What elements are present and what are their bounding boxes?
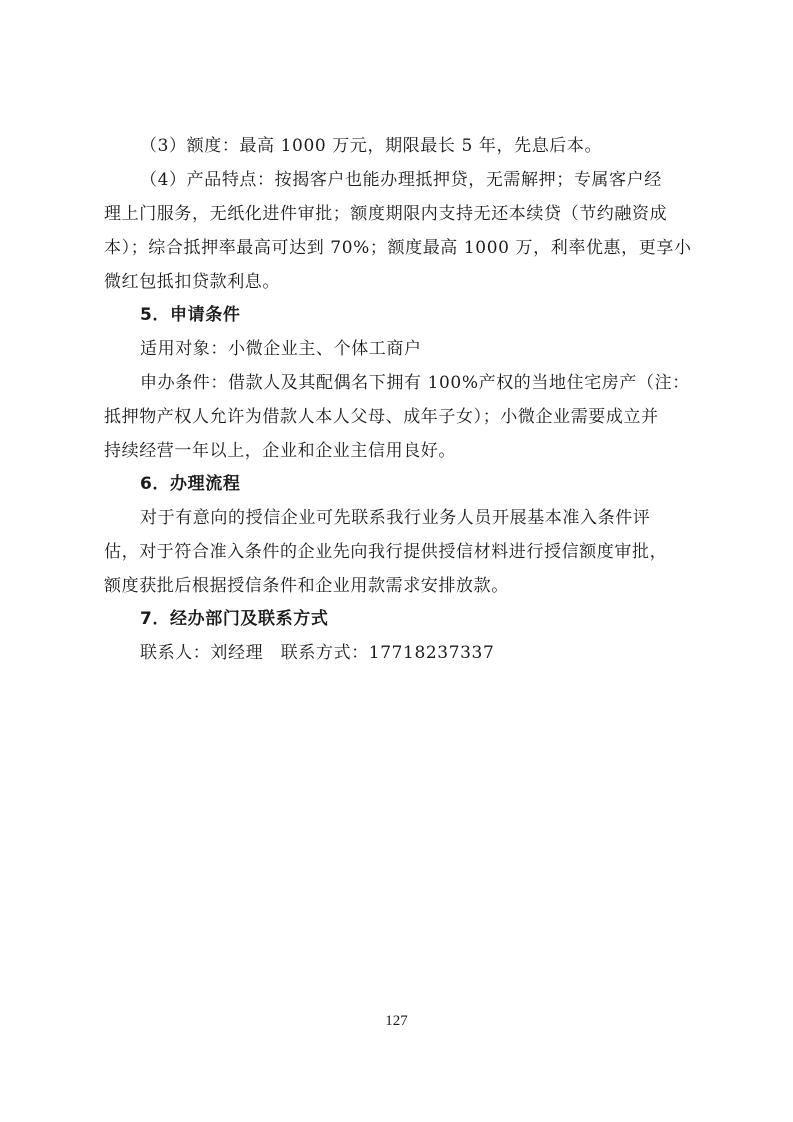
section-5-target-audience: 适用对象：小微企业主、个体工商户 [140, 339, 740, 359]
section-5-conditions-line-1: 申办条件：借款人及其配偶名下拥有 100%产权的当地住宅房产（注： [140, 373, 740, 393]
item-3-line-1: （3）额度：最高 1000 万元，期限最长 5 年，先息后本。 [140, 136, 740, 156]
section-6-process-line-2: 估，对于符合准入条件的企业先向我行提供授信材料进行授信额度审批， [104, 542, 704, 562]
page-number: 127 [0, 1013, 793, 1030]
item-4-line-4: 微红包抵扣贷款利息。 [104, 272, 704, 292]
section-5-conditions-line-3: 持续经营一年以上，企业和企业主信用良好。 [104, 441, 704, 461]
item-4-line-1: （4）产品特点：按揭客户也能办理抵押贷，无需解押；专属客户经 [140, 170, 740, 190]
item-4-line-3: 本）；综合抵押率最高可达到 70%；额度最高 1000 万，利率优惠，更享小 [104, 238, 704, 258]
section-7-heading: 7．经办部门及联系方式 [140, 609, 740, 629]
section-7-contact: 联系人：刘经理 联系方式：17718237337 [140, 643, 740, 663]
document-page: （3）额度：最高 1000 万元，期限最长 5 年，先息后本。 （4）产品特点：… [0, 0, 793, 1122]
section-6-process-line-3: 额度获批后根据授信条件和企业用款需求安排放款。 [104, 576, 704, 596]
section-5-heading: 5．申请条件 [140, 305, 740, 325]
section-6-process-line-1: 对于有意向的授信企业可先联系我行业务人员开展基本准入条件评 [140, 508, 740, 528]
section-6-heading: 6．办理流程 [140, 474, 740, 494]
item-4-line-2: 理上门服务，无纸化进件审批；额度期限内支持无还本续贷（节约融资成 [104, 204, 704, 224]
section-5-conditions-line-2: 抵押物产权人允许为借款人本人父母、成年子女）；小微企业需要成立并 [104, 407, 704, 427]
